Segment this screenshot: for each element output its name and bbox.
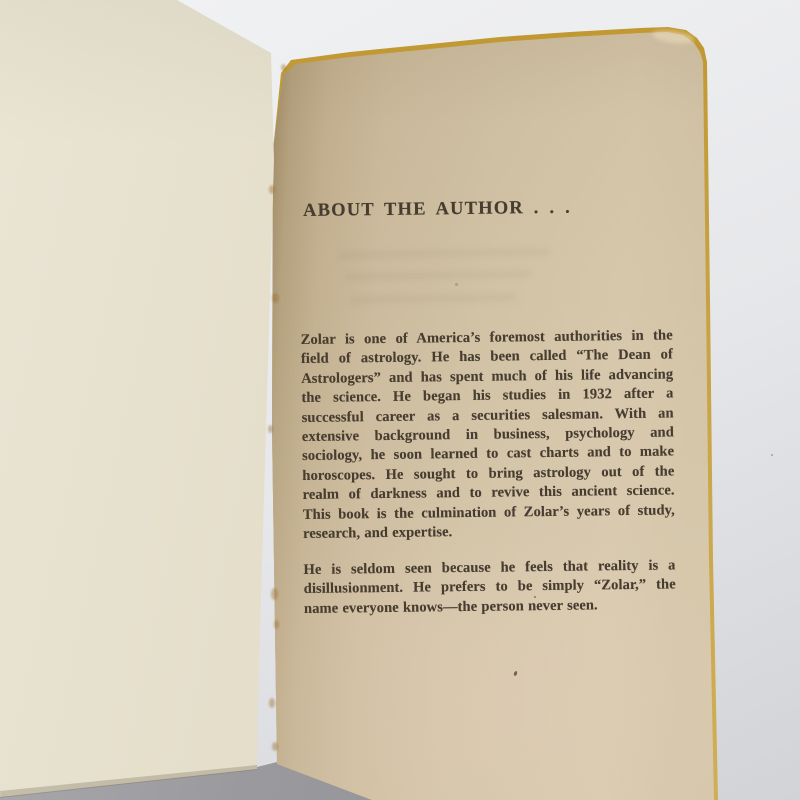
gutter-speck bbox=[271, 588, 278, 600]
gutter-speck bbox=[281, 64, 286, 71]
gutter-speck bbox=[272, 742, 278, 751]
book-photo: ABOUT THE AUTHOR . . . Zolar is one of A… bbox=[0, 0, 800, 800]
gutter-speck bbox=[268, 425, 273, 433]
text-line: research, and expertise. bbox=[303, 520, 675, 544]
text-line: name everyone knows—the person never see… bbox=[304, 595, 676, 619]
gutter-speck bbox=[272, 293, 279, 303]
about-the-author-heading: ABOUT THE AUTHOR . . . bbox=[303, 198, 571, 222]
paper-speck bbox=[534, 596, 536, 598]
about-paragraph-1: Zolar is one of America’s foremost autho… bbox=[301, 326, 676, 544]
gutter-speck bbox=[269, 185, 275, 194]
paper-speck bbox=[771, 454, 773, 456]
gutter-speck bbox=[274, 620, 279, 629]
paper-speck bbox=[455, 283, 458, 286]
gutter-speck bbox=[269, 698, 275, 708]
page-text: ABOUT THE AUTHOR . . . Zolar is one of A… bbox=[299, 196, 677, 661]
about-paragraph-2: He is seldom seen because he feels that … bbox=[303, 556, 676, 619]
